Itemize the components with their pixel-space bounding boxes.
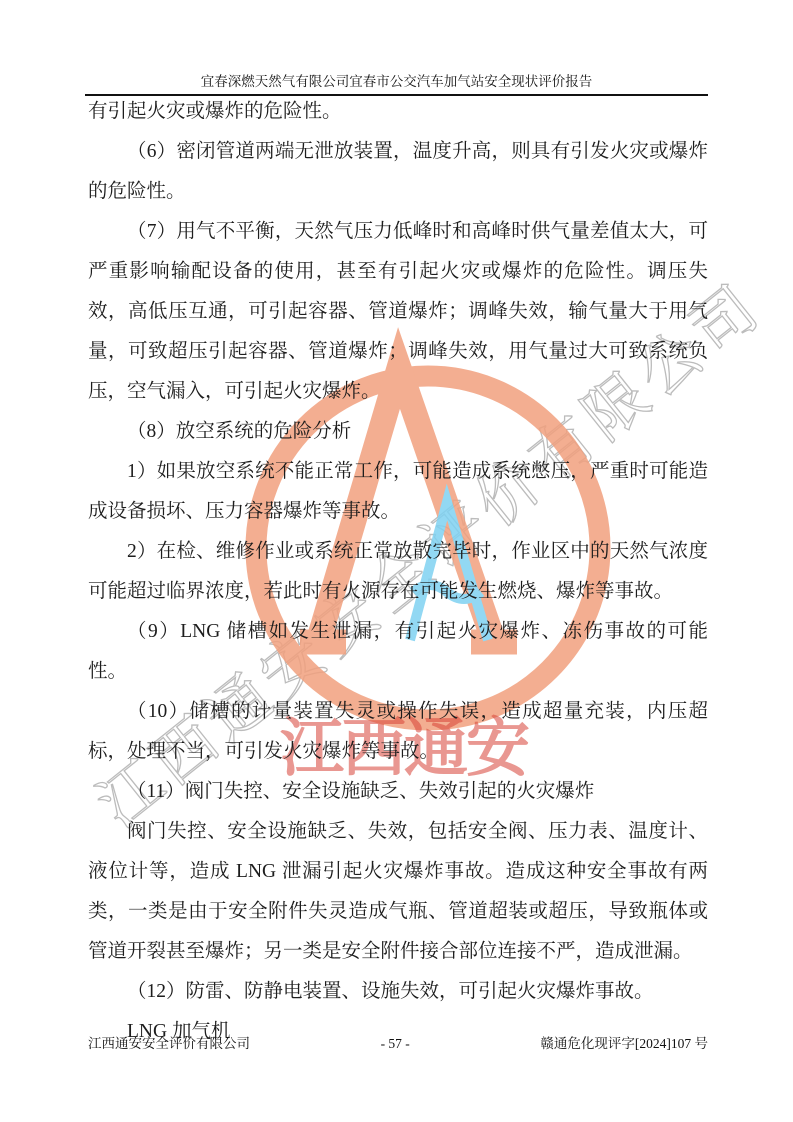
paragraph: （6）密闭管道两端无泄放装置，温度升高，则具有引发火灾或爆炸的危险性。	[88, 132, 708, 212]
footer-doc-number: 赣通危化现评字[2024]107 号	[540, 1032, 708, 1052]
footer-company: 江西通安安全评价有限公司	[88, 1032, 250, 1052]
header-title: 宜春深燃天然气有限公司宜春市公交汽车加气站安全现状评价报告	[201, 74, 593, 89]
page-footer: 江西通安安全评价有限公司 - 57 - 赣通危化现评字[2024]107 号	[88, 1032, 708, 1052]
paragraph: （7）用气不平衡，天然气压力低峰时和高峰时供气量差值太大，可严重影响输配设备的使…	[88, 212, 708, 412]
paragraph: （10）储槽的计量装置失灵或操作失误，造成超量充装，内压超标，处理不当，可引发火…	[88, 692, 708, 772]
document-page: 江西通安安全评价有限公司 江西通安 宜春深燃天然气有限公司宜春市公交汽车加气站安…	[0, 0, 793, 1122]
paragraph: 2）在检、维修作业或系统正常放散完毕时，作业区中的天然气浓度可能超过临界浓度，若…	[88, 532, 708, 612]
paragraph: （9）LNG 储槽如发生泄漏，有引起火灾爆炸、冻伤事故的可能性。	[88, 612, 708, 692]
paragraph: 1）如果放空系统不能正常工作，可能造成系统憋压，严重时可能造成设备损坏、压力容器…	[88, 452, 708, 532]
document-body: 有引起火灾或爆炸的危险性。（6）密闭管道两端无泄放装置，温度升高，则具有引发火灾…	[88, 92, 708, 1052]
paragraph: 有引起火灾或爆炸的危险性。	[88, 92, 708, 132]
footer-page-number: - 57 -	[381, 1036, 410, 1052]
paragraph: （11）阀门失控、安全设施缺乏、失效引起的火灾爆炸	[88, 772, 708, 812]
paragraph: 阀门失控、安全设施缺乏、失效，包括安全阀、压力表、温度计、液位计等，造成 LNG…	[88, 812, 708, 972]
paragraph: （8）放空系统的危险分析	[88, 412, 708, 452]
paragraph: （12）防雷、防静电装置、设施失效，可引起火灾爆炸事故。	[88, 972, 708, 1012]
